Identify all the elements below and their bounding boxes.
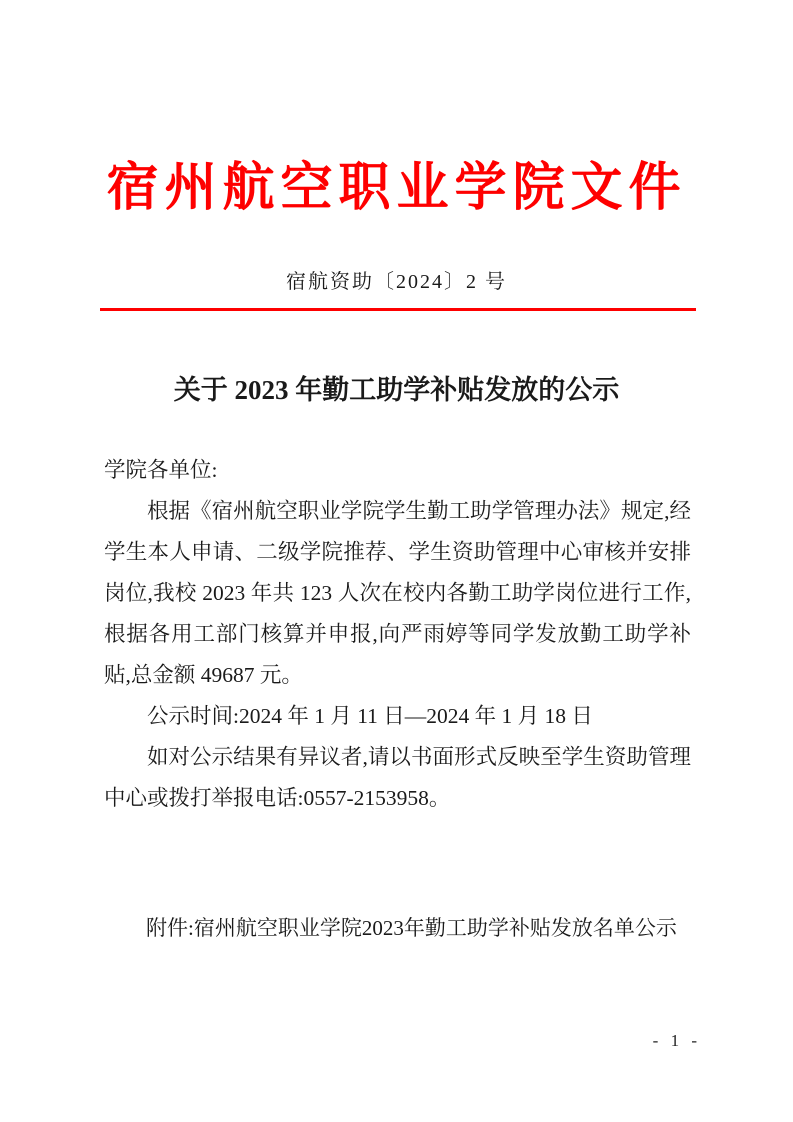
paragraph-objection-contact: 如对公示结果有异议者,请以书面形式反映至学生资助管理中心或拨打举报电话:0557… bbox=[104, 737, 691, 819]
attachment-note: 附件:宿州航空职业学院2023年勤工助学补贴发放名单公示 bbox=[104, 908, 744, 949]
notice-title: 关于 2023 年勤工助学补贴发放的公示 bbox=[0, 370, 793, 410]
paragraph-work-study-summary: 根据《宿州航空职业学院学生勤工助学管理办法》规定,经学生本人申请、二级学院推荐、… bbox=[104, 491, 691, 696]
red-letterhead-title: 宿州航空职业学院文件 bbox=[0, 153, 793, 223]
official-document-page: 宿州航空职业学院文件 宿航资助〔2024〕2 号 关于 2023 年勤工助学补贴… bbox=[0, 0, 793, 1122]
red-divider-line bbox=[100, 308, 696, 311]
notice-body: 学院各单位: 根据《宿州航空职业学院学生勤工助学管理办法》规定,经学生本人申请、… bbox=[104, 450, 691, 819]
salutation-line: 学院各单位: bbox=[104, 450, 691, 491]
paragraph-publicity-period: 公示时间:2024 年 1 月 11 日—2024 年 1 月 18 日 bbox=[104, 696, 691, 737]
page-number: - 1 - bbox=[653, 1030, 701, 1052]
document-reference-number: 宿航资助〔2024〕2 号 bbox=[0, 267, 793, 297]
